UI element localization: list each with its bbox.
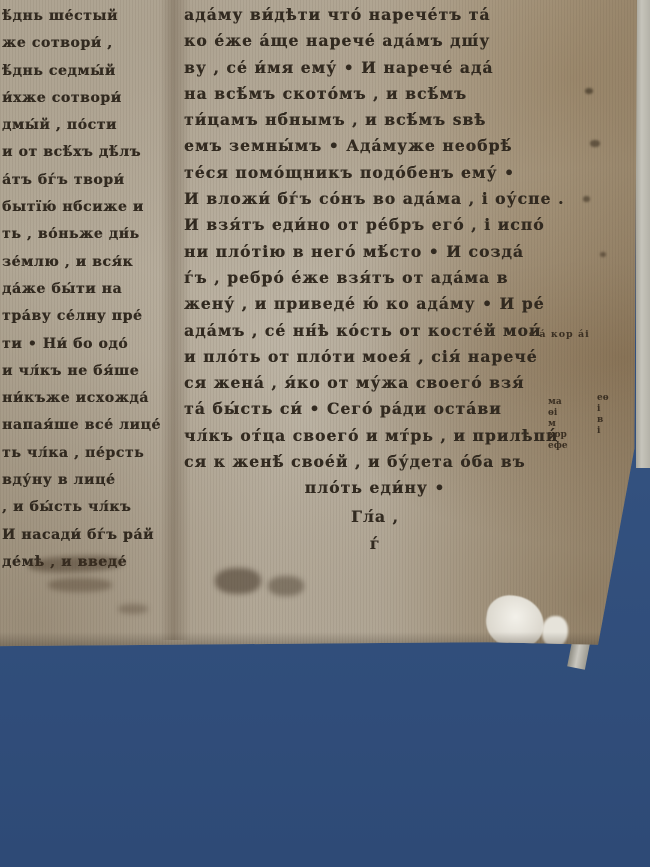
ink-speck [600,252,606,257]
text-line: ся к женѣ́ свое́й , и бу́дета о́ба въ [184,449,566,475]
text-line: Гл́а , [184,502,566,531]
margin-reference-stack: маѳімкорефе [548,397,568,452]
text-line: зе́млю , и вся́к [2,249,174,276]
text-line: , и бы́сть чл́къ [2,494,174,521]
text-line: ма [548,397,568,408]
ink-speck [583,196,590,202]
text-line: ть , во́ньже дн́ь [2,221,174,248]
text-line: пло́ть еди́ну • [184,475,566,501]
text-line: И вложи́ бѓъ со́нъ во ада́ма , і оу́спе … [184,186,566,212]
background-divider-band [0,648,650,666]
text-line: да́же бы́ти на [2,276,174,303]
margin-cross-reference: • а́ кор а́і [528,329,590,340]
ink-bleed-smudge [118,604,148,614]
ink-speck [585,88,593,94]
viewer-background: ѣ́днь ше́стыйже сотвори́ ,ѣ́днь седмы́йи… [0,0,650,867]
text-line: и от всѣ́хъ дѣ́лъ [2,139,174,166]
page-fore-edge [636,0,650,468]
text-line: же сотвори́ , [2,30,174,57]
text-line: ефе [548,441,568,452]
margin-reference-stack: еѳіві [597,393,609,437]
upper-page-photo: ѣ́днь ше́стыйже сотвори́ ,ѣ́днь седмы́йи… [0,0,650,650]
ink-bleed-smudge [215,568,261,594]
text-line: ада́мъ , се́ нн́ѣ ко́сть от косте́й мои́ [184,318,566,344]
text-line: і [597,404,609,415]
text-line: ти • Ни́ бо одо́ [2,331,174,358]
text-line: ни́къже исхожда́ [2,385,174,412]
text-line: ѣ́днь седмы́й [2,58,174,85]
upper-main-column: ада́му ви́дѣти что́ нарече́тъ та́ко е́же… [184,2,566,557]
text-line: ко е́же а́ще нарече́ ада́мъ дш́у [184,28,566,54]
upper-page-paper: ѣ́днь ше́стыйже сотвори́ ,ѣ́днь седмы́йи… [0,0,650,650]
text-line: и пло́ть от пло́ти моея́ , сія́ нарече́ [184,344,566,370]
text-line: и чл́къ не бя́ше [2,358,174,385]
text-line: напая́ше все́ лице́ [2,412,174,439]
ink-bleed-smudge [268,576,304,596]
text-line: ни пло́тію в него́ мѣ́сто • И созда́ [184,239,566,265]
text-line: ѓ [184,531,566,557]
text-line: еѳ [597,393,609,404]
text-line: емъ земны́мъ • Ада́муже необрѣ́ [184,133,566,159]
text-line: а́тъ бѓъ твори́ [2,167,174,194]
text-line: ѳі [548,408,568,419]
text-line: вду́ну в лице́ [2,467,174,494]
text-line: И насади́ бѓъ ра́й [2,522,174,549]
text-line: чл́къ от́ца своего́ и мт́рь , и прилѣпи́ [184,423,566,449]
text-line: тра́ву се́лну пре́ [2,303,174,330]
text-line: на всѣ́мъ ското́мъ , и всѣ́мъ [184,81,566,107]
text-line: ѣ́днь ше́стый [2,3,174,30]
text-line: ся жена́ , я́ко от му́жа своего́ взя́ [184,370,566,396]
text-line: і [597,426,609,437]
text-line: кор [548,430,568,441]
text-line: в [597,415,609,426]
text-line: дмы́й , по́сти [2,112,174,139]
text-line: ть чл́ка , пе́рсть [2,440,174,467]
text-line: м [548,419,568,430]
page-bottom-shadow [0,632,650,648]
text-line: ву , се́ и́мя ему́ • И нарече́ ада́ [184,55,566,81]
ink-bleed-smudge [48,578,112,592]
text-line: бытїю́ нб́сиже и [2,194,174,221]
text-line: ти́цамъ нб́нымъ , и всѣ́мъ ѕвѣ [184,107,566,133]
text-line: те́ся помо́щникъ подо́бенъ ему́ • [184,160,566,186]
text-line: та́ бы́сть си́ • Сего́ ра́ди оста́ви [184,396,566,422]
text-line: жену́ , и приведе́ ю́ ко ада́му • И ре́ [184,291,566,317]
text-line: ада́му ви́дѣти что́ нарече́тъ та́ [184,2,566,28]
text-line: И взя́тъ еди́но от ре́бръ его́ , і испо́ [184,212,566,238]
upper-left-column: ѣ́днь ше́стыйже сотвори́ ,ѣ́днь седмы́йи… [2,3,174,576]
text-line: и́хже сотвори́ [2,85,174,112]
ink-speck [590,140,600,147]
text-line: ѓъ , ребро́ е́же взя́тъ от ада́ма в [184,265,566,291]
